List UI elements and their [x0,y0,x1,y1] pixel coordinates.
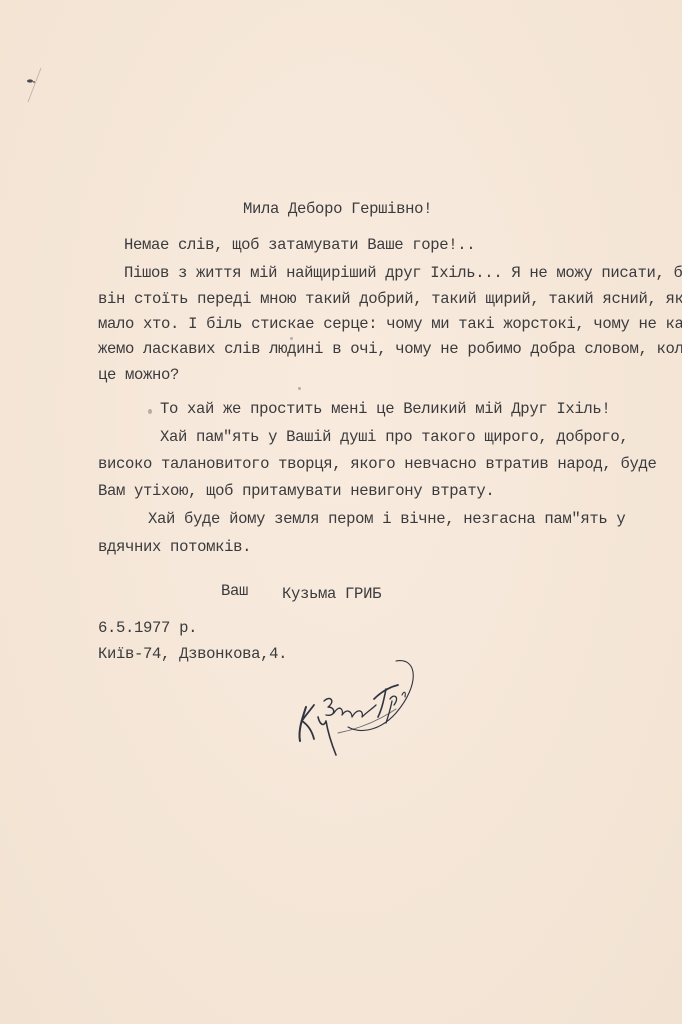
paper-speck [290,337,293,340]
ink-mark-icon [22,66,44,104]
handwritten-signature-icon [278,655,428,760]
sender-address: Київ-74, Дзвонкова,4. [98,645,287,663]
body-line: Вам утіхою, щоб притамувати невигону втр… [98,482,494,500]
author-name: Кузьма ГРИБ [282,585,381,603]
closing-word: Ваш [221,582,248,600]
body-line: це можно? [98,366,179,384]
body-line: Пішов з життя мій найщиріший друг Іхіль.… [124,264,682,282]
body-line: Немае слів, щоб затамувати Ваше горе!.. [124,236,475,254]
body-line: мало хто. І біль стискае серце: чому ми … [98,315,682,333]
body-line: він стоїть переді мною такий добрий, так… [98,290,682,308]
paper-speck [298,387,301,390]
letter-date: 6.5.1977 р. [98,619,197,637]
body-line: Хай пам"ять у Вашій душі про такого щиро… [160,428,628,446]
body-line: То хай же простить мені це Великий мій Д… [160,400,610,418]
letter-page: Мила Деборо Гершівно! Немае слів, щоб за… [0,0,682,1024]
body-line: Хай буде йому земля пером і вічне, незга… [148,510,625,528]
body-line: високо талановитого творця, якого невчас… [98,455,656,473]
body-line: вдячних потомків. [98,538,251,556]
body-line: жемо ласкавих слів людині в очі, чому не… [98,340,682,358]
letter-greeting: Мила Деборо Гершівно! [243,200,432,218]
paper-speck [148,409,152,414]
